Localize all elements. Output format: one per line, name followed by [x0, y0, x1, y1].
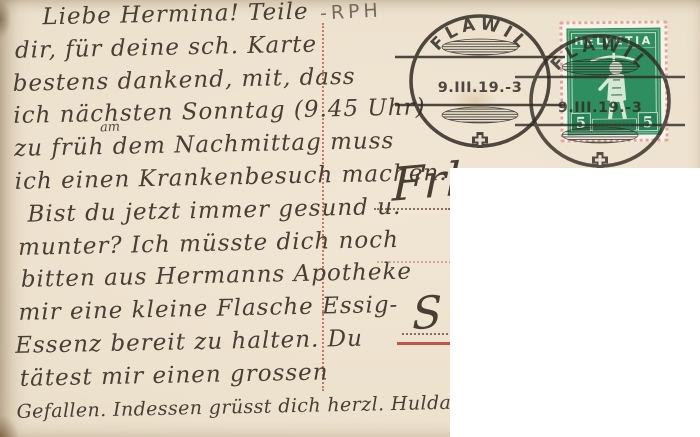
swiss-cross-icon — [592, 152, 608, 168]
interline-insertion: am — [100, 119, 121, 135]
stamp-country-label: HELVETIA — [574, 34, 652, 48]
stamp-value-left: 5 — [576, 114, 587, 132]
stamp-design: HELVETIA 5 5 — [566, 28, 661, 136]
address-redaction-overlay — [450, 168, 700, 437]
address-partial-letter: S — [412, 286, 442, 340]
corner-smudge — [0, 416, 18, 437]
pencil-annotation: -RPH — [319, 0, 382, 25]
postage-stamp: HELVETIA 5 5 — [559, 20, 668, 142]
postcard-back: Liebe Hermina! Teile dir, für deine sch.… — [0, 0, 700, 437]
stamp-value-right: 5 — [643, 113, 654, 131]
handwritten-message: Liebe Hermina! Teile dir, für deine sch.… — [8, 0, 497, 428]
